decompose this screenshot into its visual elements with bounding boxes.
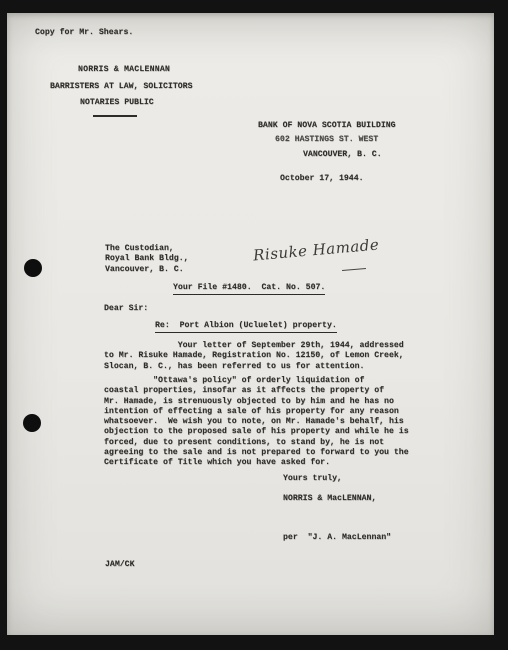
- letter-page: Copy for Mr. Shears. NORRIS & MACLENNAN …: [7, 13, 494, 635]
- subject-line: Re: Port Albion (Ucluelet) property.: [155, 321, 337, 333]
- letterhead-rule: [93, 115, 137, 117]
- body-paragraph-2: "Ottawa's policy" of orderly liquidation…: [104, 376, 409, 468]
- file-reference-line: Your File #1480. Cat. No. 507.: [173, 283, 325, 295]
- body-paragraph-1: Your letter of September 29th, 1944, add…: [104, 341, 404, 372]
- valediction: Yours truly,: [283, 474, 342, 484]
- letterhead-notaries-line: NOTARIES PUBLIC: [80, 98, 154, 108]
- signature-per-line: per "J. A. MacLennan": [283, 533, 391, 543]
- letterhead-firm-name: NORRIS & MACLENNAN: [78, 65, 170, 75]
- signature-firm-name: NORRIS & MacLENNAN,: [283, 494, 376, 504]
- hole-punch-bottom: [23, 414, 41, 432]
- office-city-line: VANCOUVER, B. C.: [303, 150, 382, 160]
- copy-note: Copy for Mr. Shears.: [35, 28, 133, 38]
- office-building-line: BANK OF NOVA SCOTIA BUILDING: [258, 121, 396, 131]
- letter-date: October 17, 1944.: [280, 174, 364, 184]
- recipient-address: The Custodian, Royal Bank Bldg., Vancouv…: [105, 244, 189, 275]
- typist-initials: JAM/CK: [105, 560, 134, 570]
- salutation: Dear Sir:: [104, 304, 148, 314]
- hole-punch-top: [24, 259, 42, 277]
- scanned-letter-document: Copy for Mr. Shears. NORRIS & MACLENNAN …: [0, 0, 508, 650]
- letterhead-role-line: BARRISTERS AT LAW, SOLICITORS: [50, 82, 193, 92]
- office-street-line: 602 HASTINGS ST. WEST: [275, 135, 378, 145]
